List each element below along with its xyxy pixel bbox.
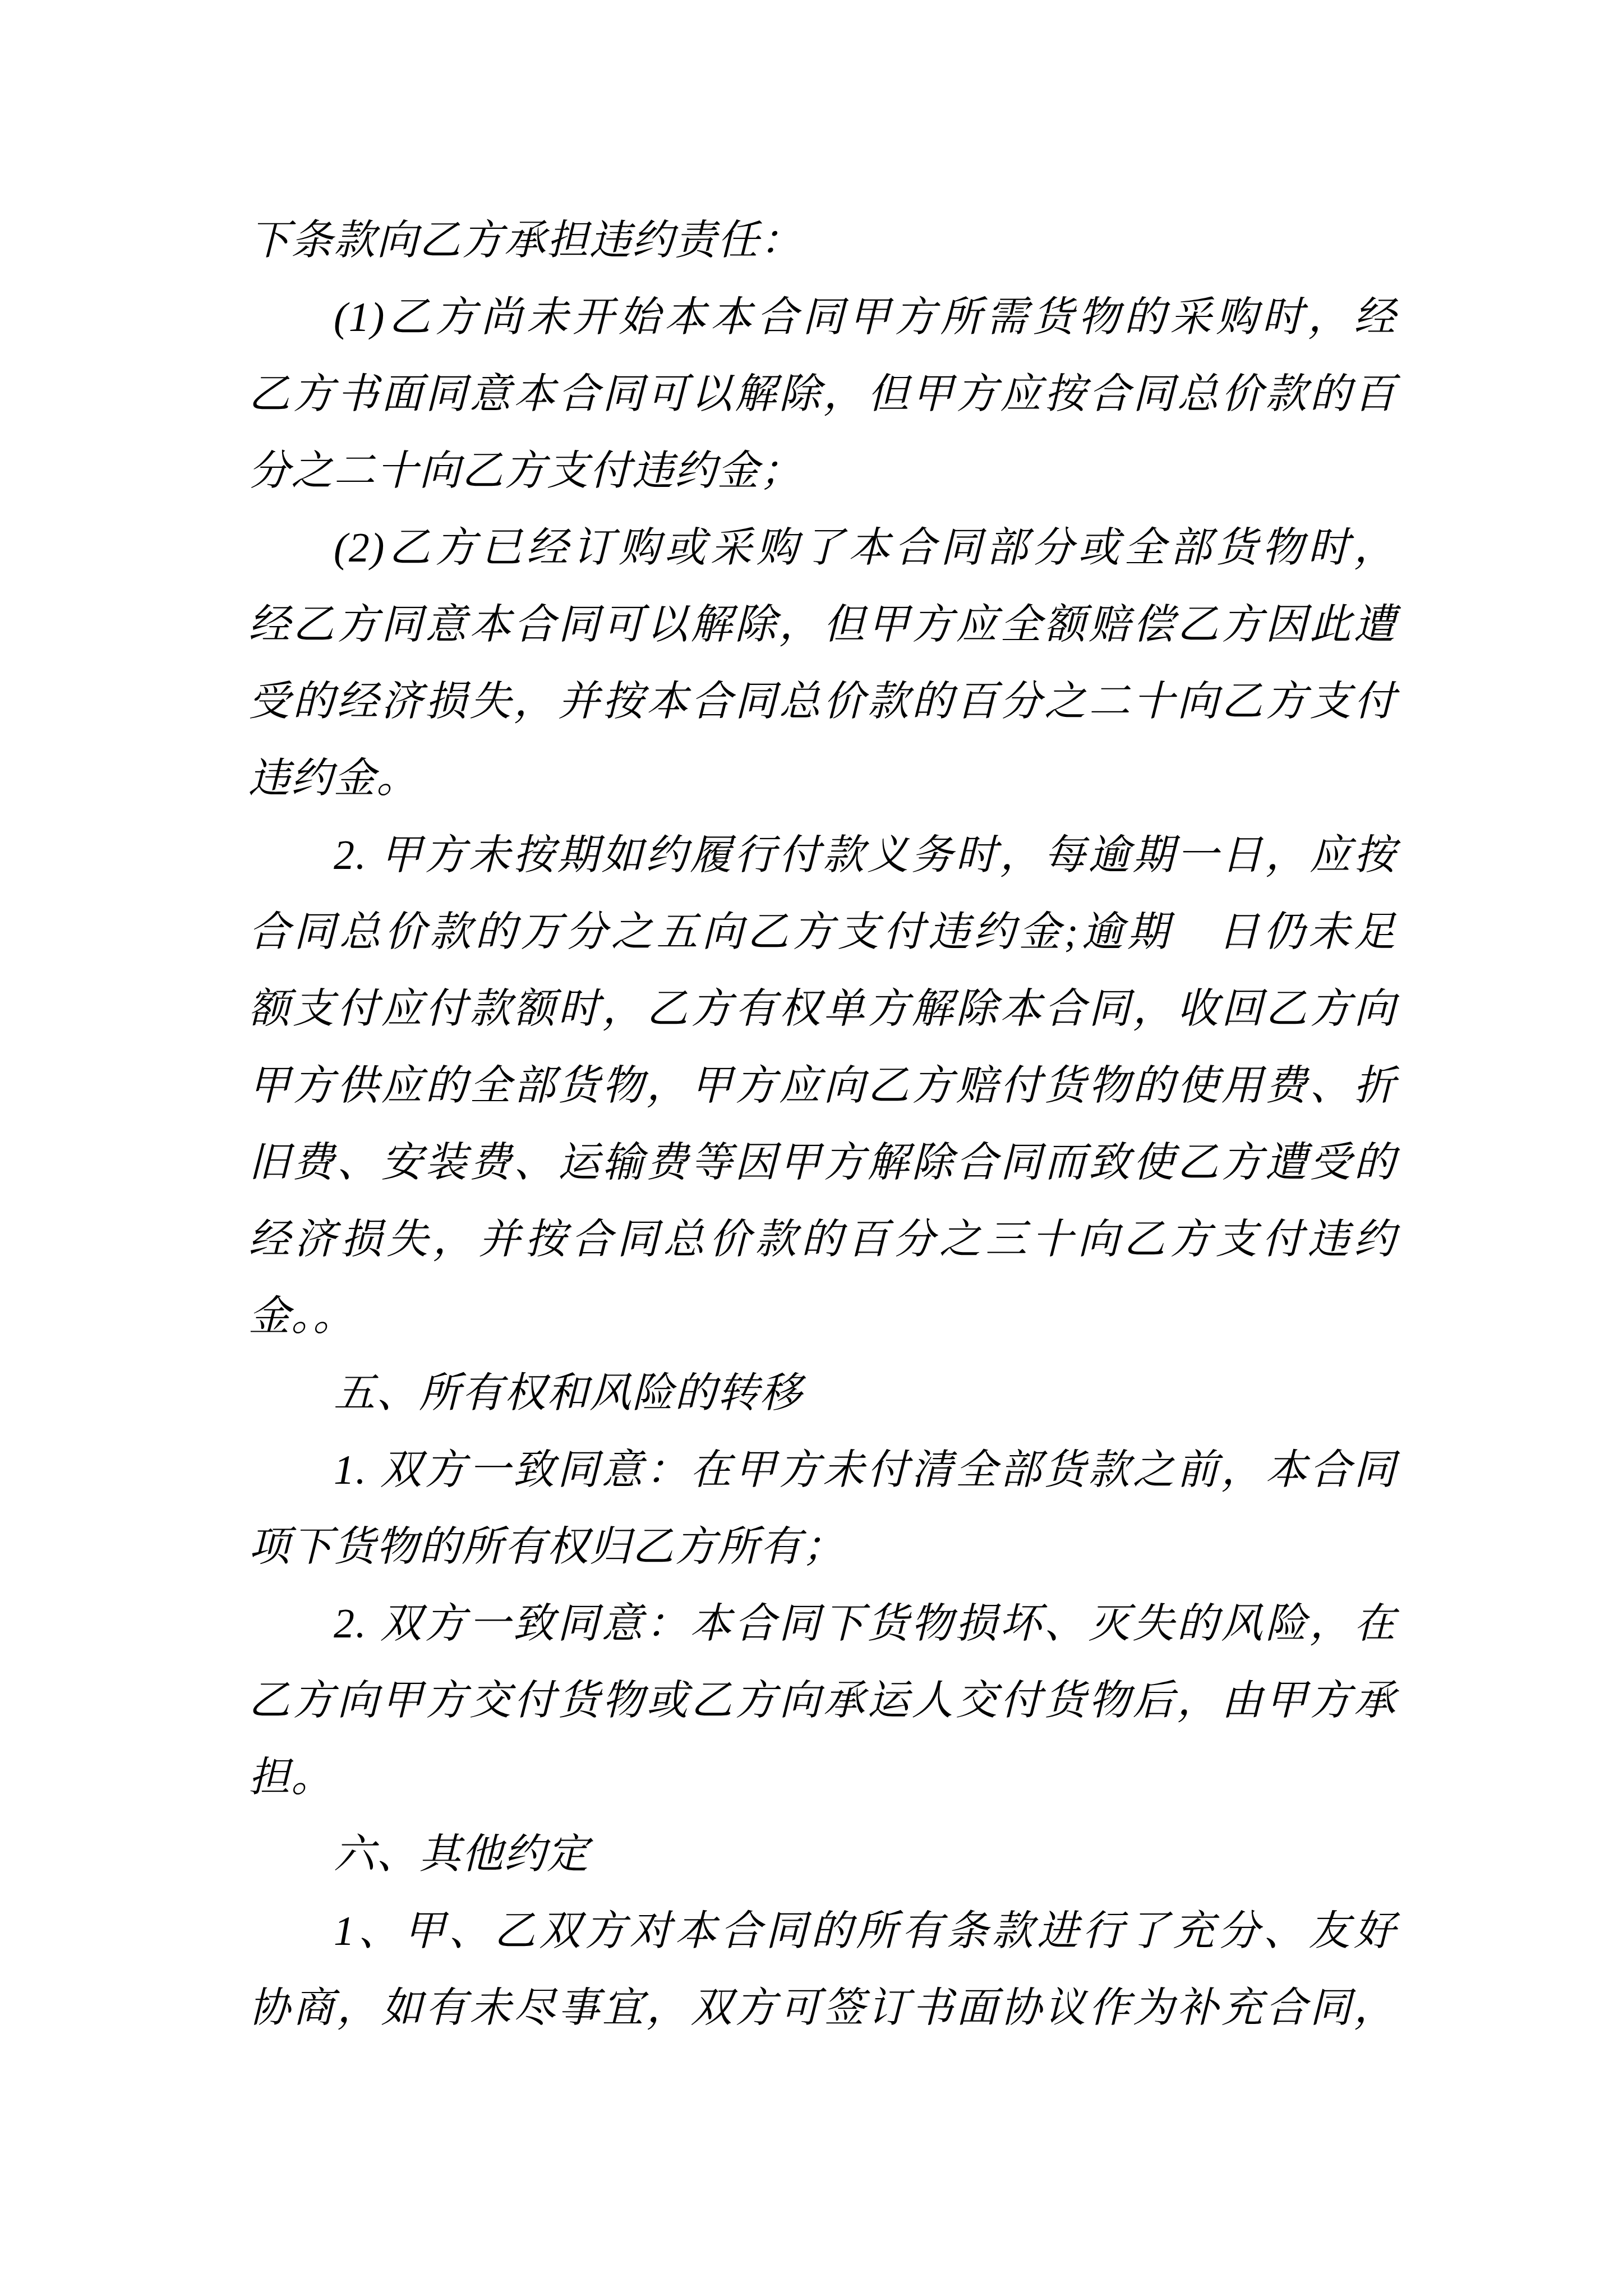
text-line: 违约金。 [248, 740, 1396, 817]
text-line: 担。 [248, 1740, 1396, 1816]
text-line: 甲方供应的全部货物，甲方应向乙方赔付货物的使用费、折 [248, 1048, 1396, 1125]
text-line: 旧费、安装费、运输费等因甲方解除合同而致使乙方遭受的 [248, 1125, 1396, 1202]
text-line: 额支付应付款额时，乙方有权单方解除本合同，收回乙方向 [248, 971, 1396, 1048]
text-line: 1. 双方一致同意：在甲方未付清全部货款之前，本合同 [248, 1432, 1396, 1509]
text-line: (1)乙方尚未开始本本合同甲方所需货物的采购时，经 [248, 279, 1396, 356]
text-line: 乙方书面同意本合同可以解除，但甲方应按合同总价款的百 [248, 356, 1396, 433]
text-line: 合同总价款的万分之五向乙方支付违约金;逾期 日仍未足 [248, 894, 1396, 971]
text-line: 下条款向乙方承担违约责任： [248, 203, 1396, 279]
section-heading: 五、所有权和风险的转移 [248, 1355, 1396, 1432]
text-line: 2. 甲方未按期如约履行付款义务时，每逾期一日，应按 [248, 817, 1396, 894]
text-line: 协商，如有未尽事宜，双方可签订书面协议作为补充合同， [248, 1970, 1396, 2047]
text-line: 金。。 [248, 1278, 1396, 1355]
text-line: 受的经济损失，并按本合同总价款的百分之二十向乙方支付 [248, 664, 1396, 740]
section-heading: 六、其他约定 [248, 1816, 1396, 1893]
document-page: 下条款向乙方承担违约责任： (1)乙方尚未开始本本合同甲方所需货物的采购时，经 … [0, 0, 1623, 2296]
text-line: 1、甲、乙双方对本合同的所有条款进行了充分、友好 [248, 1893, 1396, 1970]
text-line: 分之二十向乙方支付违约金； [248, 433, 1396, 510]
text-line: 经乙方同意本合同可以解除，但甲方应全额赔偿乙方因此遭 [248, 587, 1396, 664]
text-line: 项下货物的所有权归乙方所有； [248, 1509, 1396, 1586]
text-line: 乙方向甲方交付货物或乙方向承运人交付货物后，由甲方承 [248, 1663, 1396, 1740]
text-line: 2. 双方一致同意：本合同下货物损坏、灭失的风险，在 [248, 1586, 1396, 1663]
text-line: 经济损失，并按合同总价款的百分之三十向乙方支付违约 [248, 1202, 1396, 1278]
document-content: 下条款向乙方承担违约责任： (1)乙方尚未开始本本合同甲方所需货物的采购时，经 … [248, 203, 1396, 2047]
text-line: (2)乙方已经订购或采购了本合同部分或全部货物时， [248, 510, 1396, 587]
